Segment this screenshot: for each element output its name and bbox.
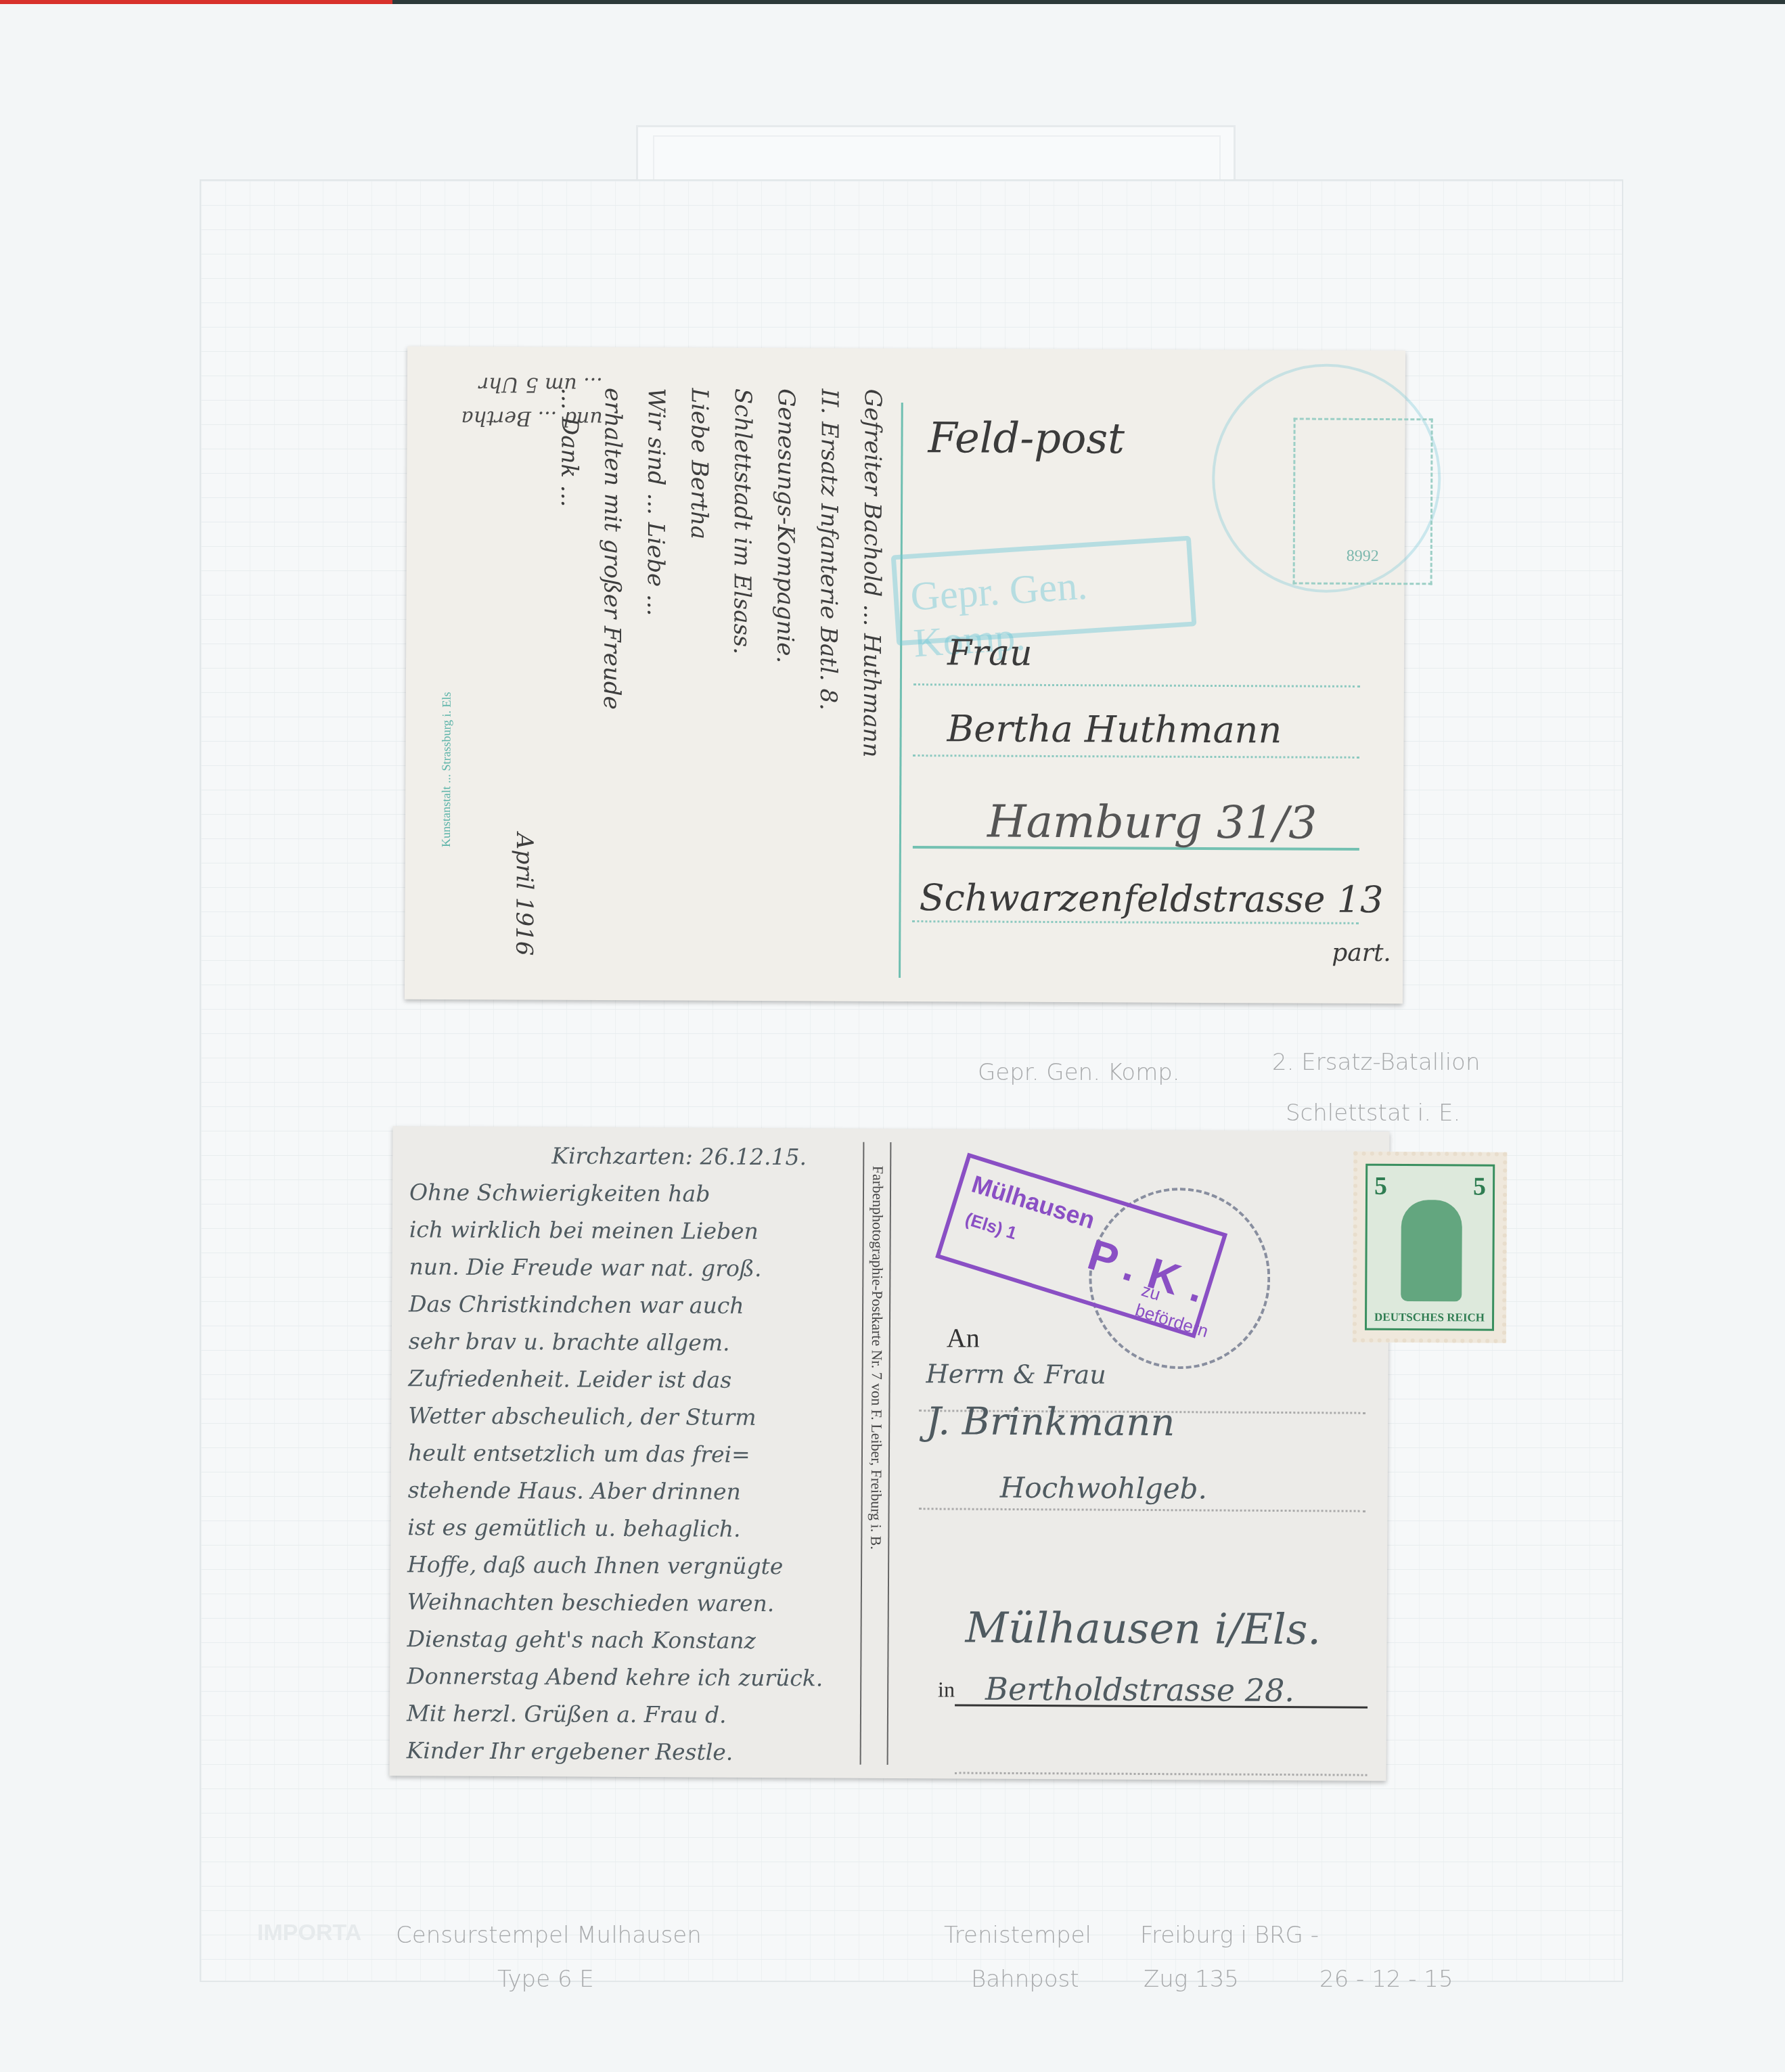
address-dotline <box>919 1508 1365 1512</box>
stamp-placement-box: 8992 <box>1293 418 1433 585</box>
card-divider-line-2 <box>887 1142 892 1765</box>
annotation-location: Schlettstat i. E. <box>1286 1100 1460 1127</box>
message-line: Dienstag geht's nach Konstanz <box>407 1620 823 1659</box>
message-line: ich wirklich bei meinen Lieben <box>409 1211 826 1250</box>
message-line: Wir sind ... Liebe ... <box>632 388 678 956</box>
feldpost-heading: Feld-post <box>928 413 1125 463</box>
message-line: Donnerstag Abend kehre ich zurück. <box>407 1657 823 1696</box>
annotation-postmark-service: Bahnpost <box>971 1966 1079 1993</box>
censor-region: (Els) 1 <box>963 1209 1020 1244</box>
censor-stamp-muelhausen: Mülhausen (Els) 1 P.K. zu befördern <box>935 1153 1227 1338</box>
unit-censor-stamp: Gepr. Gen. Komp. <box>891 536 1197 646</box>
annotation-censor-type-code: Type 6 E <box>497 1966 594 1993</box>
handwritten-message: Kirchzarten: 26.12.15. Ohne Schwierigkei… <box>407 1136 826 1771</box>
annotation-postmark-type: Trenistempel <box>944 1922 1091 1949</box>
sender-line: II. Ersatz Infanterie Batl. 8. <box>805 388 851 957</box>
stamp-frame: 5 5 DEUTSCHES REICH <box>1365 1164 1495 1331</box>
address-dotline <box>912 920 1359 924</box>
message-line: ... Dank ... <box>545 388 591 956</box>
recipient-name: Bertha Huthmann <box>947 707 1282 751</box>
stamp-country: DEUTSCHES REICH <box>1367 1311 1492 1325</box>
message-line: Ohne Schwierigkeiten hab <box>409 1173 826 1213</box>
watermark: IMPORTA <box>257 1920 361 1946</box>
stamp-box-number: 8992 <box>1295 547 1430 566</box>
message-line: Zufriedenheit. Leider ist das <box>408 1359 824 1399</box>
recipient-street: Schwarzenfeldstrasse 13 <box>919 876 1383 921</box>
message-line: Kinder Ihr ergebener Restle. <box>407 1732 823 1771</box>
message-line: Wetter abscheulich, der Sturm <box>408 1397 824 1436</box>
album-binder-edge <box>0 0 1785 4</box>
message-line: erhalten mit großer Freude <box>589 388 635 956</box>
message-line: heult entsetzlich um das frei= <box>408 1434 824 1473</box>
message-date: April 1916 <box>502 387 548 955</box>
address-dotline <box>913 683 1360 688</box>
card-divider-line <box>899 403 903 978</box>
sender-line: Genesungs-Kompagnie. <box>762 388 808 957</box>
message-line: ist es gemütlich u. behaglich. <box>407 1508 823 1548</box>
message-date: Kirchzarten: 26.12.15. <box>409 1136 826 1175</box>
card-divider-line <box>860 1142 865 1765</box>
address-dotline <box>955 1772 1368 1776</box>
message-line: stehende Haus. Aber drinnen <box>408 1471 824 1510</box>
annotation-train-number: Zug 135 <box>1144 1966 1239 1993</box>
recipient-city: Mülhausen i/Els. <box>965 1603 1321 1654</box>
recipient-city: Hamburg 31/3 <box>987 796 1317 849</box>
in-label: in <box>938 1677 955 1702</box>
annotation-censor-type: Censurstempel Mulhausen <box>396 1922 702 1949</box>
sender-line: Schlettstadt im Elsass. <box>719 388 765 957</box>
recipient-title: Hochwohlgeb. <box>1000 1471 1207 1506</box>
germania-figure-icon <box>1401 1200 1462 1301</box>
postcard-picture-postcard: Kirchzarten: 26.12.15. Ohne Schwierigkei… <box>389 1126 1389 1781</box>
recipient-salutation: Frau <box>947 633 1033 674</box>
annotation-censor-unit: Gepr. Gen. Komp. <box>978 1059 1180 1086</box>
stamp-value: 5 <box>1374 1171 1387 1201</box>
address-dotline <box>913 755 1359 759</box>
postage-stamp: 5 5 DEUTSCHES REICH <box>1353 1152 1507 1343</box>
recipient-name: J. Brinkmann <box>926 1399 1175 1445</box>
binder-red-strip <box>0 0 392 4</box>
binder-dark-strip <box>392 0 1785 4</box>
message-line: Mit herzl. Grüßen a. Frau d. <box>407 1694 823 1734</box>
recipient-floor: part. <box>1332 939 1391 967</box>
recipient-street: Bertholdstrasse 28. <box>985 1671 1294 1709</box>
annotation-date: 26 - 12 - 15 <box>1319 1966 1453 1993</box>
message-line: Hoffe, daß auch Ihnen vergnügte <box>407 1546 823 1585</box>
message-line: Liebe Bertha <box>675 388 721 957</box>
annotation-battalion: 2. Ersatz-Batallion <box>1272 1049 1480 1076</box>
stamp-value: 5 <box>1473 1172 1486 1202</box>
address-prefix: An <box>947 1322 980 1353</box>
message-line: Weihnachten beschieden waren. <box>407 1583 823 1622</box>
message-line: Das Christkindchen war auch <box>409 1285 825 1324</box>
recipient-salutation: Herrn & Frau <box>926 1359 1106 1389</box>
postcard-feldpost: und ... Bertha ... um 5 Uhr Gefreiter Ba… <box>405 346 1405 1004</box>
annotation-postmark-place: Freiburg i BRG - <box>1140 1922 1319 1949</box>
message-line: sehr brav u. brachte allgem. <box>409 1322 825 1361</box>
message-line: nun. Die Freude war nat. groß. <box>409 1248 825 1287</box>
sender-message: Gefreiter Bachold ... Huthmann II. Ersat… <box>502 387 895 958</box>
sender-line: Gefreiter Bachold ... Huthmann <box>849 389 895 958</box>
publisher-imprint: Farbenphotographie-Postkarte Nr. 7 von F… <box>867 1166 886 1550</box>
publisher-imprint: Kunstanstalt ... Strassburg i. Els <box>439 692 454 847</box>
